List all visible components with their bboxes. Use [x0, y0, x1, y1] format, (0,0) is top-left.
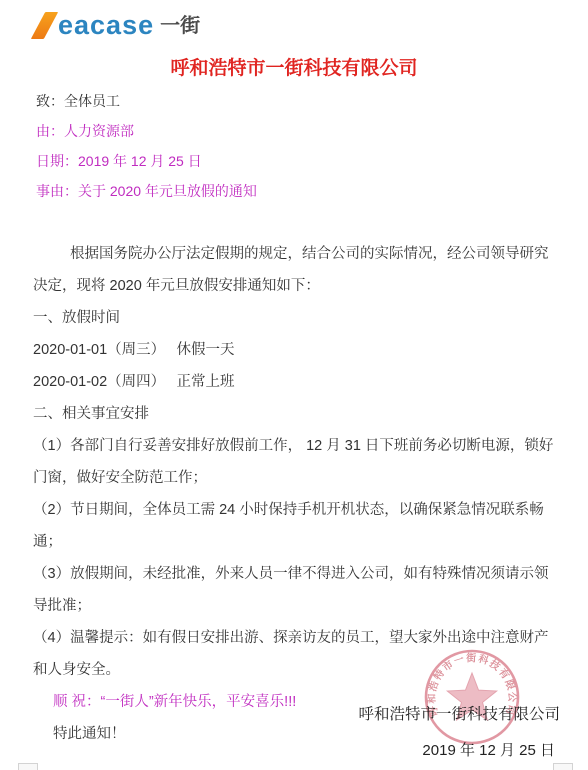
signature-date: 2019 年 12 月 25 日 — [0, 736, 588, 766]
holiday-line-1: 2020-01-01（周三） 休假一天 — [33, 334, 557, 366]
meta-from: 由：人力资源部 — [36, 116, 257, 146]
crop-mark-left — [18, 763, 38, 770]
item-4: （4）温馨提示：如有假日安排出游、探亲访友的员工，望大家外出途中注意财产和人身安… — [33, 622, 557, 686]
crop-mark-right — [553, 763, 573, 770]
document-title: 呼和浩特市一街科技有限公司 — [0, 53, 588, 80]
meta-date: 日期：2019 年 12 月 25 日 — [36, 146, 257, 176]
meta-block: 致：全体员工 由：人力资源部 日期：2019 年 12 月 25 日 事由：关于… — [36, 86, 257, 206]
holiday-line-2: 2020-01-02（周四） 正常上班 — [33, 366, 557, 398]
section2-title: 二、相关事宜安排 — [33, 398, 557, 430]
signature-block: 呼和浩特市一街科技有限公司 2019 年 12 月 25 日 — [0, 700, 588, 766]
section1-title: 一、放假时间 — [33, 302, 557, 334]
logo-slash-icon — [31, 12, 58, 39]
notice-body: 根据国务院办公厅法定假期的规定，结合公司的实际情况，经公司领导研究决定，现将 2… — [33, 238, 557, 750]
notice-document: { "logo": { "brand": "eacase", "brand_cn… — [0, 0, 588, 770]
signature-company: 呼和浩特市一街科技有限公司 — [0, 700, 588, 730]
logo-brand-cn-text: 一街 — [160, 16, 200, 36]
item-1: （1）各部门自行妥善安排好放假前工作， 12 月 31 日下班前务必切断电源，锁… — [33, 430, 557, 494]
meta-subject: 事由：关于 2020 年元旦放假的通知 — [36, 176, 257, 206]
item-2: （2）节日期间，全体员工需 24 小时保持手机开机状态，以确保紧急情况联系畅通； — [33, 494, 557, 558]
company-logo: eacase 一街 — [38, 12, 200, 39]
logo-brand-text: eacase — [58, 12, 154, 39]
meta-to: 致：全体员工 — [36, 86, 257, 116]
intro-paragraph: 根据国务院办公厅法定假期的规定，结合公司的实际情况，经公司领导研究决定，现将 2… — [33, 238, 557, 302]
item-3: （3）放假期间，未经批准，外来人员一律不得进入公司，如有特殊情况须请示领导批准； — [33, 558, 557, 622]
